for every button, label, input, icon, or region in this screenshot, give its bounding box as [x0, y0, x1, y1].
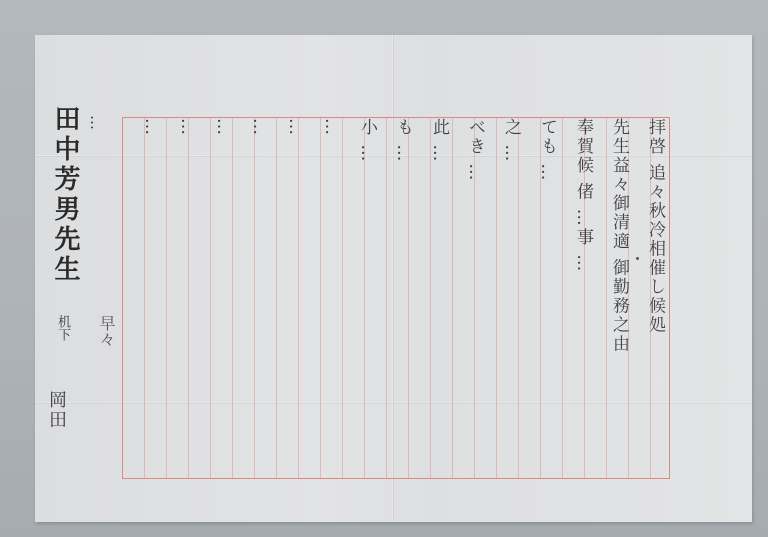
honorific: 机下 [53, 315, 72, 341]
letter-column: 之 … [502, 118, 519, 163]
letter-column: 拝啓 追々秋冷相催し候処 [646, 118, 663, 334]
signature: 岡田 [43, 390, 69, 430]
letter-paper: 拝啓 追々秋冷相催し候処 先生益々御清適 御勤務之由 奉賀候 偖 …事 … ても… [35, 35, 752, 522]
ink-spot [636, 257, 639, 260]
letter-column: … [178, 118, 195, 137]
postscript: … [87, 115, 105, 133]
closing: 早々 [95, 315, 118, 347]
letter-column: … [250, 118, 267, 137]
letter-column: … [286, 118, 303, 137]
letter-column: ても … [538, 118, 555, 182]
letter-column: 奉賀候 偖 …事 … [574, 118, 591, 273]
letter-column: … [322, 118, 339, 137]
letter-column: も … [394, 118, 411, 163]
letter-column: 小 … [358, 118, 375, 163]
letter-column: 先生益々御清適 御勤務之由 [610, 118, 627, 353]
letter-column: … [214, 118, 231, 137]
letter-column: … [142, 118, 159, 137]
letter-column: べき … [466, 118, 483, 182]
addressee: 田中芳男先生 [47, 105, 84, 285]
ruled-frame: 拝啓 追々秋冷相催し候処 先生益々御清適 御勤務之由 奉賀候 偖 …事 … ても… [122, 117, 670, 479]
letter-column: 此 … [430, 118, 447, 163]
